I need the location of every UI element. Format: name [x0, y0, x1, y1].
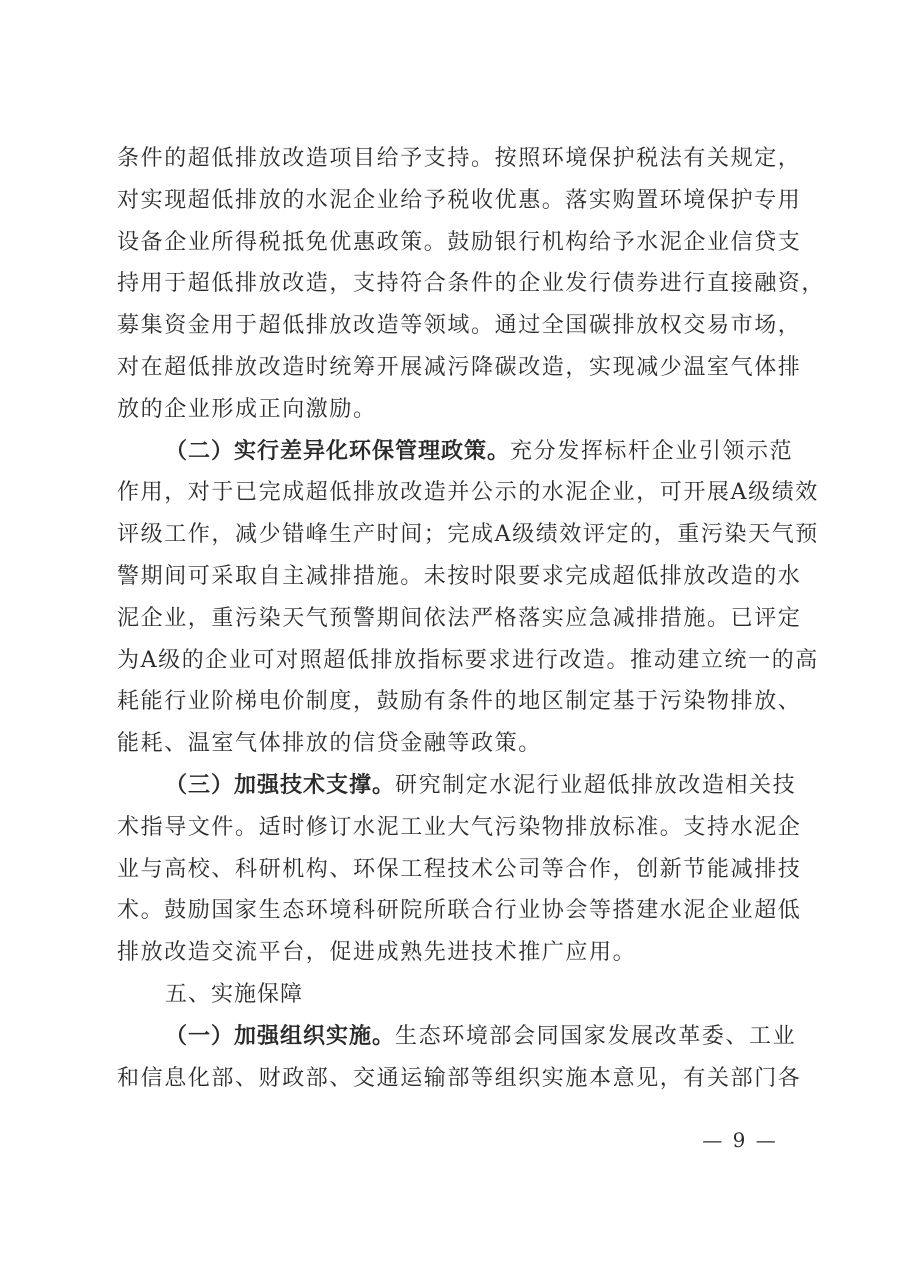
text-line-first: （二）实行差异化环保管理政策。充分发挥标杆企业引领示范 [117, 431, 787, 473]
paragraph-differentiated-policy: （二）实行差异化环保管理政策。充分发挥标杆企业引领示范 作用，对于已完成超低排放… [117, 431, 787, 765]
section-lead-text: 生态环境部会同国家发展改革委、工业 [395, 1024, 796, 1049]
text-line: 评级工作，减少错峰生产时间；完成A级绩效评定的，重污染天气预 [117, 514, 787, 556]
document-page: 条件的超低排放改造项目给予支持。按照环境保护税法有关规定， 对实现超低排放的水泥… [117, 138, 787, 1099]
text-line: 术指导文件。适时修订水泥工业大气污染物排放标准。支持水泥企 [117, 807, 787, 849]
page-number: — 9 — [690, 1128, 790, 1152]
paragraph-tax-support: 条件的超低排放改造项目给予支持。按照环境保护税法有关规定， 对实现超低排放的水泥… [117, 138, 787, 431]
section-lead-title: （一）加强组织实施。 [165, 1024, 395, 1049]
text-line: 能耗、温室气体排放的信贷金融等政策。 [117, 723, 787, 765]
text-line: 业与高校、科研机构、环保工程技术公司等合作，创新节能减排技 [117, 849, 787, 891]
text-line: 募集资金用于超低排放改造等领域。通过全国碳排放权交易市场， [117, 305, 787, 347]
text-line: 和信息化部、财政部、交通运输部等组织实施本意见，有关部门各 [117, 1058, 787, 1100]
text-line: 设备企业所得税抵免优惠政策。鼓励银行机构给予水泥企业信贷支 [117, 222, 787, 264]
text-line-first: （三）加强技术支撑。研究制定水泥行业超低排放改造相关技 [117, 765, 787, 807]
paragraph-organization: （一）加强组织实施。生态环境部会同国家发展改革委、工业 和信息化部、财政部、交通… [117, 1016, 787, 1100]
text-line: 警期间可采取自主减排措施。未按时限要求完成超低排放改造的水 [117, 556, 787, 598]
section-heading: 五、实施保障 [117, 974, 787, 1016]
text-line: 条件的超低排放改造项目给予支持。按照环境保护税法有关规定， [117, 138, 787, 180]
text-line: 为A级的企业可对照超低排放指标要求进行改造。推动建立统一的高 [117, 640, 787, 682]
text-line: 持用于超低排放改造，支持符合条件的企业发行债券进行直接融资， [117, 263, 787, 305]
text-line: 放的企业形成正向激励。 [117, 389, 787, 431]
text-line: 泥企业，重污染天气预警期间依法严格落实应急减排措施。已评定 [117, 598, 787, 640]
paragraph-technical-support: （三）加强技术支撑。研究制定水泥行业超低排放改造相关技 术指导文件。适时修订水泥… [117, 765, 787, 974]
text-line: 作用，对于已完成超低排放改造并公示的水泥企业，可开展A级绩效 [117, 472, 787, 514]
section-lead-title: （三）加强技术支撑。 [165, 773, 395, 798]
section-lead-title: （二）实行差异化环保管理政策。 [165, 439, 510, 464]
section-lead-text: 充分发挥标杆企业引领示范 [510, 439, 793, 464]
text-line: 对在超低排放改造时统筹开展减污降碳改造，实现减少温室气体排 [117, 347, 787, 389]
text-line: 对实现超低排放的水泥企业给予税收优惠。落实购置环境保护专用 [117, 180, 787, 222]
section-lead-text: 研究制定水泥行业超低排放改造相关技 [395, 773, 796, 798]
text-line-first: （一）加强组织实施。生态环境部会同国家发展改革委、工业 [117, 1016, 787, 1058]
text-line: 术。鼓励国家生态环境科研院所联合行业协会等搭建水泥企业超低 [117, 890, 787, 932]
text-line: 排放改造交流平台，促进成熟先进技术推广应用。 [117, 932, 787, 974]
text-line: 耗能行业阶梯电价制度，鼓励有条件的地区制定基于污染物排放、 [117, 681, 787, 723]
